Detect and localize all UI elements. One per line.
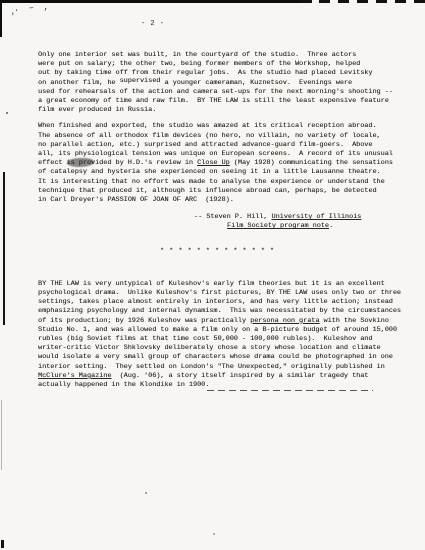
text-line: -- Steven P. Hill, University of Illinoi…: [38, 213, 422, 222]
text-line: on another film, he supervised a younger…: [38, 79, 422, 88]
signature-block: -- Steven P. Hill, University of Illinoi…: [38, 213, 422, 231]
page-top-border-dashes: [300, 0, 425, 3]
text-line: would isolate a very small group of char…: [38, 353, 422, 362]
text-line: technique that produced it, although its…: [38, 187, 422, 196]
text-line: film ever produced in Russia.: [38, 106, 422, 115]
page-left-corner-line: [0, 0, 2, 37]
text-line: of catalepsy and hysteria she experience…: [38, 168, 422, 177]
document-body: Only one interior set was built, in the …: [38, 51, 422, 390]
fold-line: [3, 172, 5, 325]
text-line: McClure's Magazine (Aug. '06), a story i…: [38, 372, 422, 381]
text-line: Studio No. 1, and was allowed to make a …: [38, 326, 422, 335]
pencil-marks: . – , ': [14, 3, 52, 21]
text-line: It is interesting that no effort was mad…: [38, 178, 422, 187]
paragraph-production-notes: Only one interior set was built, in the …: [38, 51, 422, 115]
paragraph-reception: When finished and exported, the studio w…: [38, 122, 422, 205]
text-line: of its production; by 1926 Kuleshov was …: [38, 317, 422, 326]
text-line: effect is provided by H.D.'s review in C…: [38, 159, 422, 168]
text-line: out by taking time off from their regula…: [38, 69, 422, 78]
text-line: interior setting. They settled on London…: [38, 363, 422, 372]
text-line: When finished and exported, the studio w…: [38, 122, 422, 131]
text-line: BY THE LAW is very untypical of Kuleshov…: [38, 280, 422, 289]
fold-line-lower: [1, 400, 2, 470]
text-line: Only one interior set was built, in the …: [38, 51, 422, 60]
page-number: - 2 -: [141, 20, 165, 28]
text-line: in Carl Dreyer's PASSION OF JOAN OF ARC …: [38, 196, 422, 205]
corner-speck: [1, 540, 4, 548]
text-line: no parallel action, etc.) surprised and …: [38, 141, 422, 150]
text-line: rubles (big Soviet films at that time co…: [38, 335, 422, 344]
text-line: were put on salary; the other two, being…: [38, 60, 422, 69]
text-line: all, its physiological tension was uniqu…: [38, 150, 422, 159]
text-line: actually happened in the Klondike in 190…: [38, 381, 422, 390]
paragraph-analysis: BY THE LAW is very untypical of Kuleshov…: [38, 280, 422, 390]
text-line: a great economy of time and raw film. BY…: [38, 97, 422, 106]
text-line: settings, takes place almost entirely in…: [38, 298, 422, 307]
text-line: writer-critic Victor Shklovsky deliberat…: [38, 344, 422, 353]
text-line: psychological drama. Unlike Kuleshov's f…: [38, 289, 422, 298]
text-line: The absence of all orthodox film devices…: [38, 132, 422, 141]
asterisk-separator: * * * * * * * * * * * * *: [38, 247, 422, 256]
text-line: used for rehearsals of the action and ca…: [38, 88, 422, 97]
pencil-mark-row: . – ,: [14, 3, 51, 13]
dust-speck: [145, 492, 147, 494]
dust-speck: [213, 533, 215, 535]
text-line: emphasizing psychology and internal dyna…: [38, 307, 422, 316]
dust-speck: [6, 112, 8, 114]
text-line: Film Society program note.: [38, 222, 422, 231]
scanned-page: . – , ' - 2 - Only one interior set was …: [0, 0, 425, 550]
